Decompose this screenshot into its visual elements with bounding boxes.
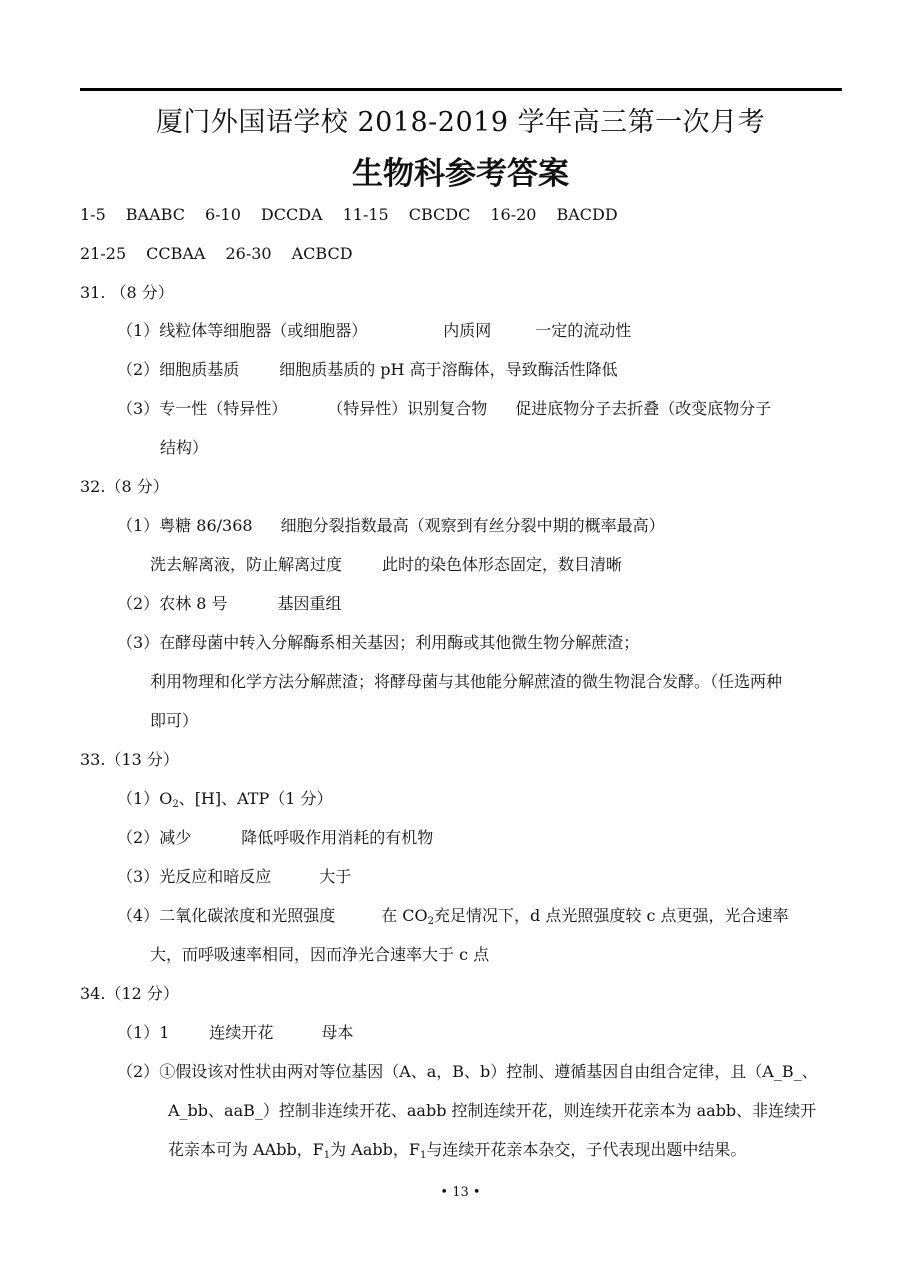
q34-heading: 34.（12 分） bbox=[80, 984, 179, 1004]
q34-part2: （2）①假设该对性状由两对等位基因（A、a，B、b）控制、遵循基因自由组合定律，… bbox=[117, 1062, 818, 1082]
q33-part1: （1）O2、[H]、ATP（1 分） bbox=[117, 789, 333, 809]
part-number: （3） bbox=[117, 633, 159, 652]
document-subtitle: 生物科参考答案 bbox=[0, 148, 921, 193]
mc-range: 26-30 bbox=[225, 244, 271, 264]
mc-range: 11-15 bbox=[343, 205, 389, 225]
answer-text: 连续开花 bbox=[209, 1023, 273, 1042]
header-rule bbox=[80, 88, 842, 91]
answer-text: ①假设该对性状由两对等位基因（A、a，B、b）控制、遵循基因自由组合定律，且（A… bbox=[159, 1062, 817, 1081]
mc-answers: DCCDA bbox=[261, 205, 323, 225]
part-number: （1） bbox=[117, 321, 159, 340]
answer-text: 细胞分裂指数最高（观察到有丝分裂中期的概率最高） bbox=[281, 516, 665, 535]
part-number: （1） bbox=[117, 1023, 159, 1042]
q34-part1: （1）1连续开花母本 bbox=[117, 1023, 353, 1043]
q33-part2: （2）减少降低呼吸作用消耗的有机物 bbox=[117, 828, 433, 848]
answer-text: 为 Aabb，F bbox=[330, 1140, 420, 1159]
answer-text: 减少 bbox=[159, 828, 191, 847]
answer-text: 细胞质基质 bbox=[159, 360, 239, 379]
mc-row-1: 1-5BAABC6-10DCCDA11-15CBCDC16-20BACDD bbox=[80, 205, 618, 225]
answer-text: 、[H]、ATP（1 分） bbox=[179, 789, 333, 808]
part-number: （2） bbox=[117, 828, 159, 847]
mc-answers: BACDD bbox=[556, 205, 617, 225]
answer-text: 在酵母菌中转入分解酶系相关基因；利用酶或其他微生物分解蔗渣； bbox=[159, 633, 639, 652]
part-number: （2） bbox=[117, 594, 159, 613]
q34-part2-line2: A_bb、aaB_）控制非连续开花、aabb 控制连续开花，则连续开花亲本为 a… bbox=[168, 1101, 816, 1121]
answer-text: 降低呼吸作用消耗的有机物 bbox=[241, 828, 433, 847]
answer-text: 与连续开花亲本杂交，子代表现出题中结果。 bbox=[426, 1140, 746, 1159]
answer-text: 花亲本可为 AAbb，F bbox=[168, 1140, 324, 1159]
q33-part4: （4）二氧化碳浓度和光照强度在 CO2充足情况下，d 点光照强度较 c 点更强，… bbox=[117, 906, 789, 926]
answer-text: 洗去解离液，防止解离过度 bbox=[150, 555, 342, 574]
answer-text: 粤糖 86/368 bbox=[159, 516, 252, 535]
q31-part2: （2）细胞质基质细胞质基质的 pH 高于溶酶体，导致酶活性降低 bbox=[117, 360, 618, 380]
part-number: （1） bbox=[117, 516, 159, 535]
answer-text: O bbox=[159, 789, 172, 808]
answer-text: 充足情况下，d 点光照强度较 c 点更强，光合速率 bbox=[434, 906, 788, 925]
q31-part3: （3）专一性（特异性）（特异性）识别复合物促进底物分子去折叠（改变底物分子 bbox=[117, 399, 771, 419]
answer-text: 农林 8 号 bbox=[159, 594, 227, 613]
part-number: （3） bbox=[117, 399, 159, 418]
mc-range: 21-25 bbox=[80, 244, 126, 264]
q31-part1: （1）线粒体等细胞器（或细胞器）内质网一定的流动性 bbox=[117, 321, 631, 341]
answer-text: 线粒体等细胞器（或细胞器） bbox=[159, 321, 367, 340]
part-number: （3） bbox=[117, 867, 159, 886]
mc-range: 6-10 bbox=[205, 205, 241, 225]
q32-part3: （3）在酵母菌中转入分解酶系相关基因；利用酶或其他微生物分解蔗渣； bbox=[117, 633, 639, 653]
q32-part1: （1）粤糖 86/368细胞分裂指数最高（观察到有丝分裂中期的概率最高） bbox=[117, 516, 665, 536]
document-title: 厦门外国语学校 2018-2019 学年高三第一次月考 bbox=[0, 100, 921, 139]
q32-part3-line3: 即可） bbox=[150, 711, 198, 731]
answer-text: 细胞质基质的 pH 高于溶酶体，导致酶活性降低 bbox=[279, 360, 617, 379]
answer-text: 基因重组 bbox=[278, 594, 342, 613]
q33-part3: （3）光反应和暗反应大于 bbox=[117, 867, 351, 887]
answer-text: 1 bbox=[159, 1023, 169, 1042]
answer-text: 专一性（特异性） bbox=[159, 399, 287, 418]
q32-heading: 32.（8 分） bbox=[80, 477, 169, 497]
answer-text: 大于 bbox=[319, 867, 351, 886]
mc-range: 16-20 bbox=[490, 205, 536, 225]
q32-part2: （2）农林 8 号基因重组 bbox=[117, 594, 342, 614]
part-number: （1） bbox=[117, 789, 159, 808]
mc-answers: CBCDC bbox=[409, 205, 471, 225]
answer-text: （特异性）识别复合物 bbox=[327, 399, 487, 418]
q32-part1-line2: 洗去解离液，防止解离过度此时的染色体形态固定，数目清晰 bbox=[150, 555, 622, 575]
answer-text: 光反应和暗反应 bbox=[159, 867, 271, 886]
q33-heading: 33.（13 分） bbox=[80, 750, 179, 770]
q31-heading: 31. （8 分） bbox=[80, 283, 174, 303]
answer-text: 母本 bbox=[321, 1023, 353, 1042]
page-number: • 13 • bbox=[0, 1185, 921, 1200]
answer-text: 在 CO bbox=[381, 906, 427, 925]
mc-answers: ACBCD bbox=[292, 244, 353, 264]
answer-text: 此时的染色体形态固定，数目清晰 bbox=[382, 555, 622, 574]
q32-part3-line2: 利用物理和化学方法分解蔗渣；将酵母菌与其他能分解蔗渣的微生物混合发酵。（任选两种 bbox=[150, 672, 782, 692]
q33-part4-continued: 大，而呼吸速率相同，因而净光合速率大于 c 点 bbox=[150, 945, 489, 965]
part-number: （2） bbox=[117, 1062, 159, 1081]
q31-part3-continued: 结构） bbox=[160, 438, 208, 458]
answer-text: 促进底物分子去折叠（改变底物分子 bbox=[515, 399, 771, 418]
mc-range: 1-5 bbox=[80, 205, 106, 225]
q34-part2-line3: 花亲本可为 AAbb，F1为 Aabb，F1与连续开花亲本杂交，子代表现出题中结… bbox=[168, 1140, 746, 1160]
part-number: （2） bbox=[117, 360, 159, 379]
answer-text: 二氧化碳浓度和光照强度 bbox=[159, 906, 335, 925]
part-number: （4） bbox=[117, 906, 159, 925]
answer-text: 内质网 bbox=[443, 321, 491, 340]
mc-answers: BAABC bbox=[126, 205, 185, 225]
answer-text: 一定的流动性 bbox=[535, 321, 631, 340]
mc-answers: CCBAA bbox=[146, 244, 205, 264]
mc-row-2: 21-25CCBAA26-30ACBCD bbox=[80, 244, 353, 264]
